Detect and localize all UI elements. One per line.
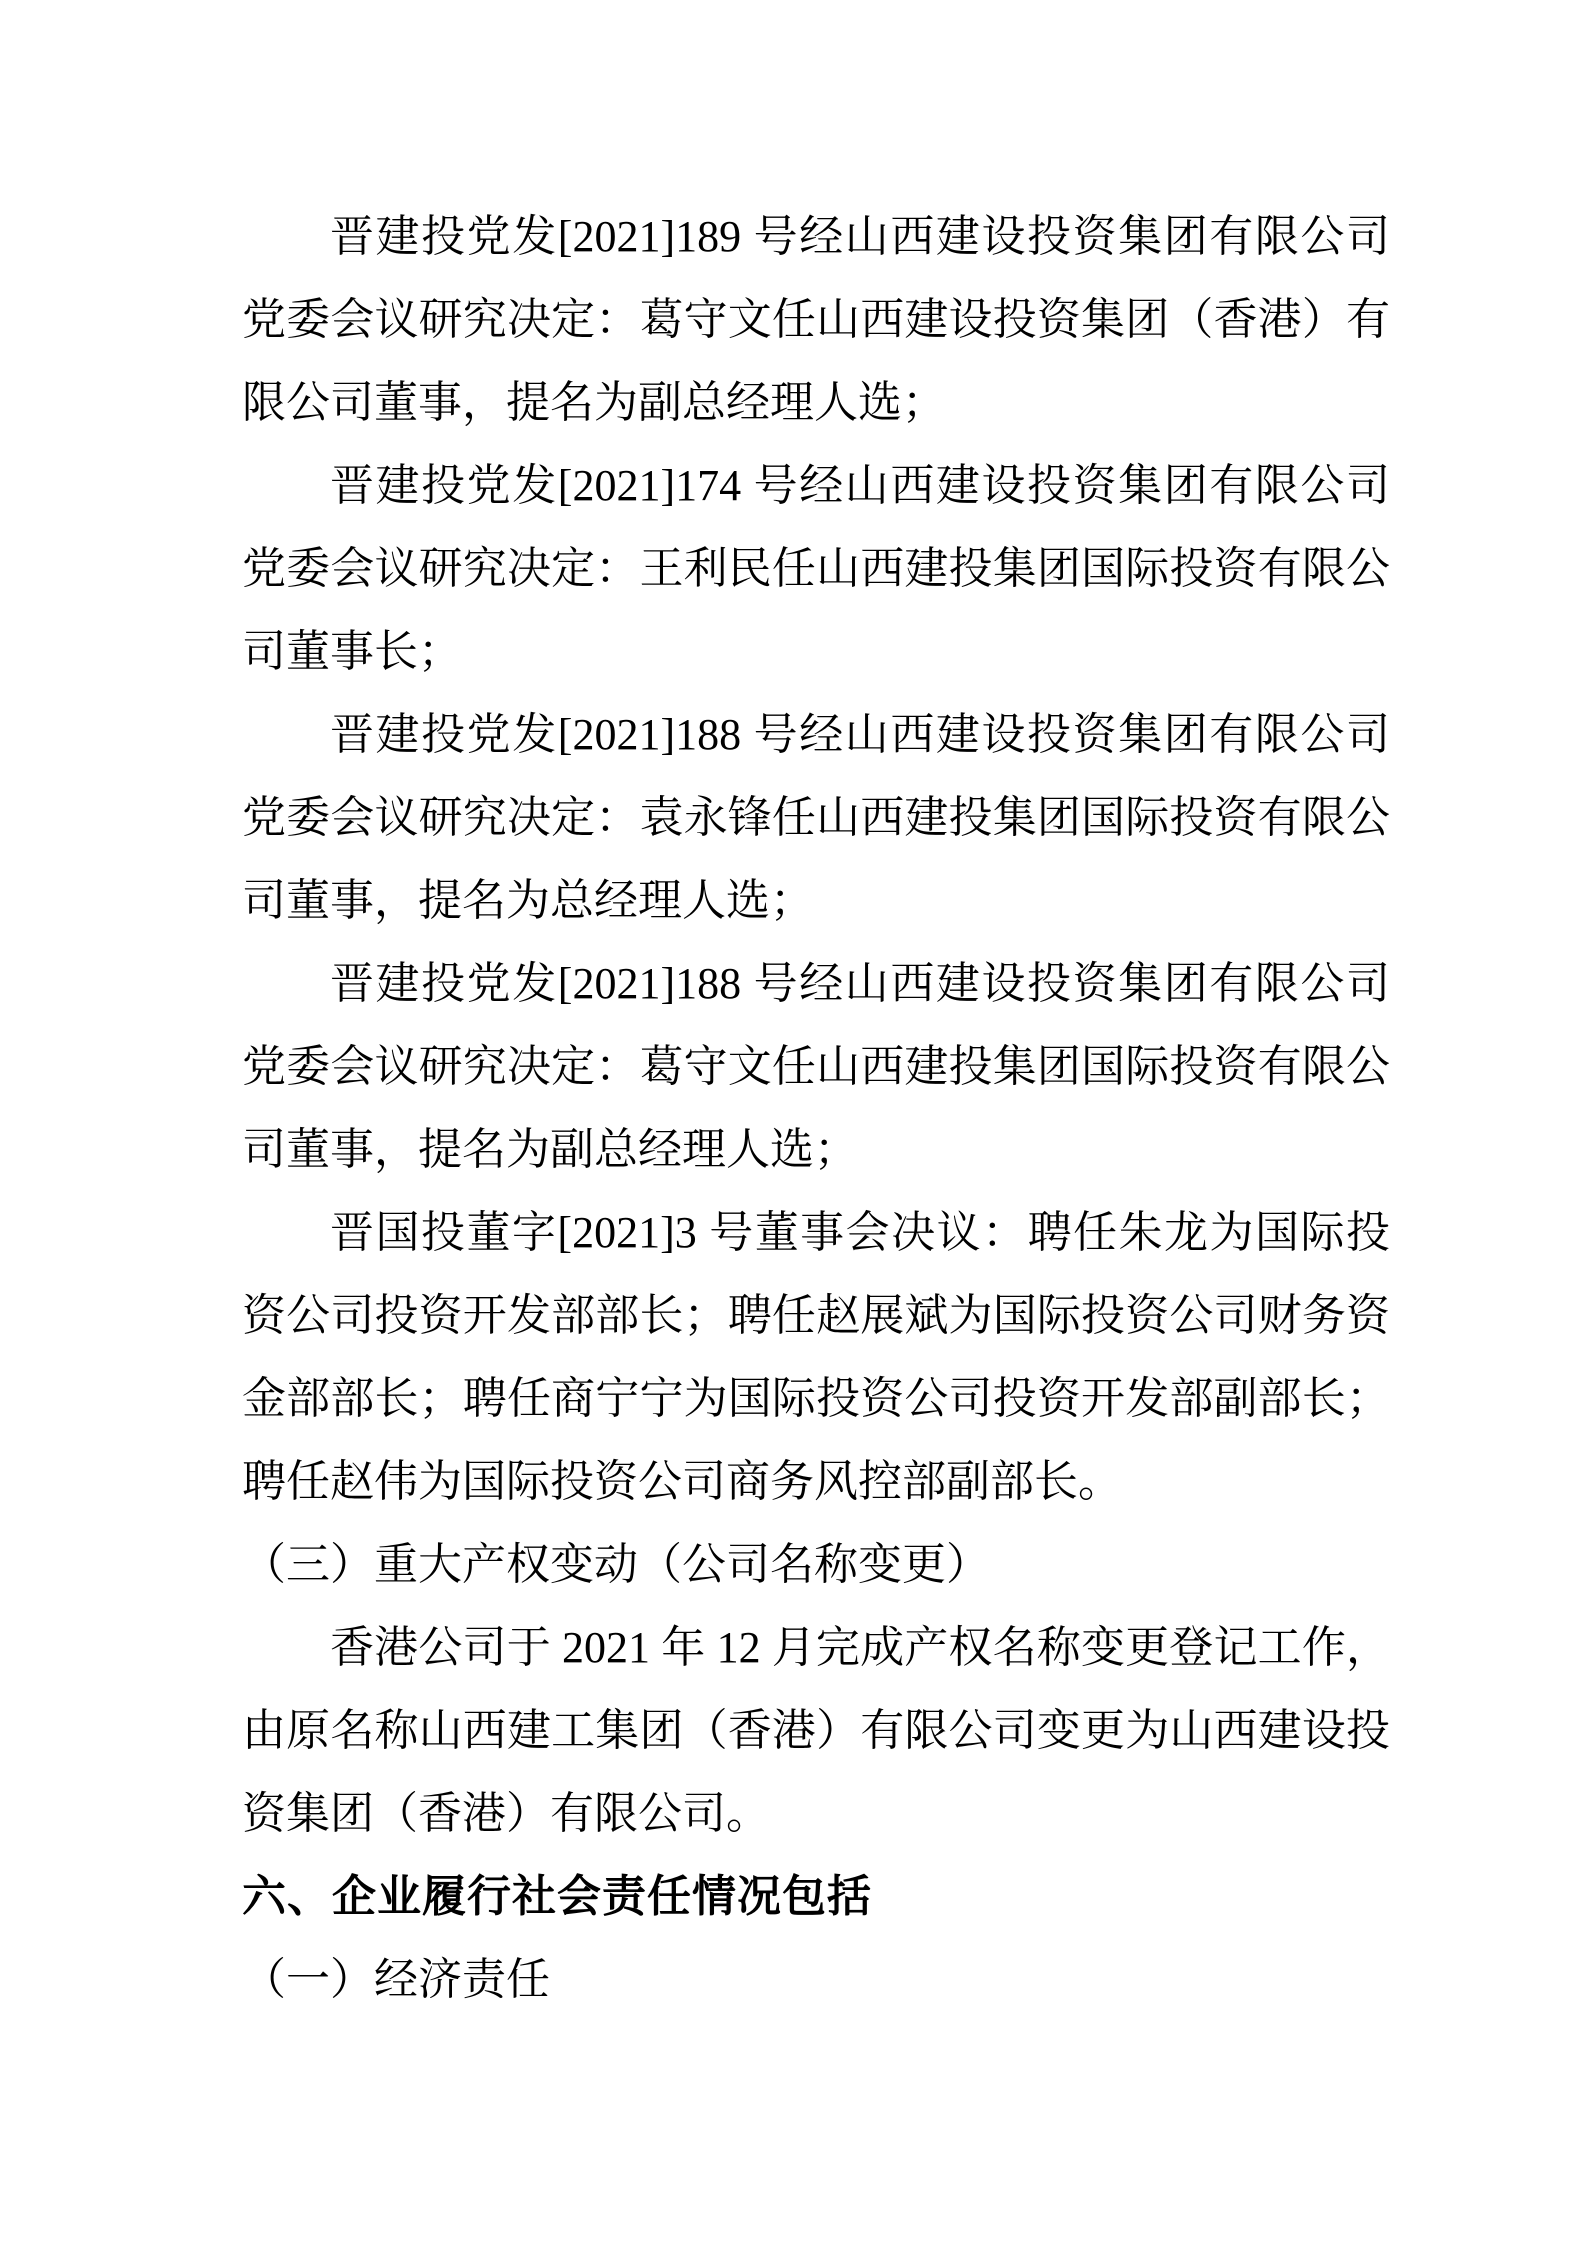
text-line: 金部部长；聘任商宁宁为国际投资公司投资开发部副部长； bbox=[242, 1357, 1390, 1440]
subsection-heading-line: （一）经济责任 bbox=[242, 1938, 1390, 2021]
text-line: 晋建投党发[2021]189 号经山西建设投资集团有限公司 bbox=[242, 195, 1390, 278]
document-page: 晋建投党发[2021]189 号经山西建设投资集团有限公司党委会议研究决定：葛守… bbox=[0, 0, 1587, 2245]
section-heading-line: 六、企业履行社会责任情况包括 bbox=[242, 1855, 1390, 1938]
text-line: 司董事，提名为副总经理人选； bbox=[242, 1108, 1390, 1191]
text-line: 香港公司于 2021 年 12 月完成产权名称变更登记工作， bbox=[242, 1606, 1390, 1689]
text-line: 资公司投资开发部部长；聘任赵展斌为国际投资公司财务资 bbox=[242, 1274, 1390, 1357]
text-line: 晋建投党发[2021]174 号经山西建设投资集团有限公司 bbox=[242, 444, 1390, 527]
subsection-heading-line: （三）重大产权变动（公司名称变更） bbox=[242, 1523, 1390, 1606]
text-line: 司董事，提名为总经理人选； bbox=[242, 859, 1390, 942]
text-line: 党委会议研究决定：袁永锋任山西建投集团国际投资有限公 bbox=[242, 776, 1390, 859]
text-line: 聘任赵伟为国际投资公司商务风控部副部长。 bbox=[242, 1440, 1390, 1523]
text-line: 司董事长； bbox=[242, 610, 1390, 693]
text-line: 资集团（香港）有限公司。 bbox=[242, 1772, 1390, 1855]
text-line: 晋建投党发[2021]188 号经山西建设投资集团有限公司 bbox=[242, 693, 1390, 776]
text-line: 晋建投党发[2021]188 号经山西建设投资集团有限公司 bbox=[242, 942, 1390, 1025]
text-line: 限公司董事，提名为副总经理人选； bbox=[242, 361, 1390, 444]
text-line: 由原名称山西建工集团（香港）有限公司变更为山西建设投 bbox=[242, 1689, 1390, 1772]
text-line: 党委会议研究决定：葛守文任山西建设投资集团（香港）有 bbox=[242, 278, 1390, 361]
text-line: 党委会议研究决定：王利民任山西建投集团国际投资有限公 bbox=[242, 527, 1390, 610]
text-line: 党委会议研究决定：葛守文任山西建投集团国际投资有限公 bbox=[242, 1025, 1390, 1108]
text-line: 晋国投董字[2021]3 号董事会决议：聘任朱龙为国际投 bbox=[242, 1191, 1390, 1274]
document-body: 晋建投党发[2021]189 号经山西建设投资集团有限公司党委会议研究决定：葛守… bbox=[242, 195, 1390, 2021]
